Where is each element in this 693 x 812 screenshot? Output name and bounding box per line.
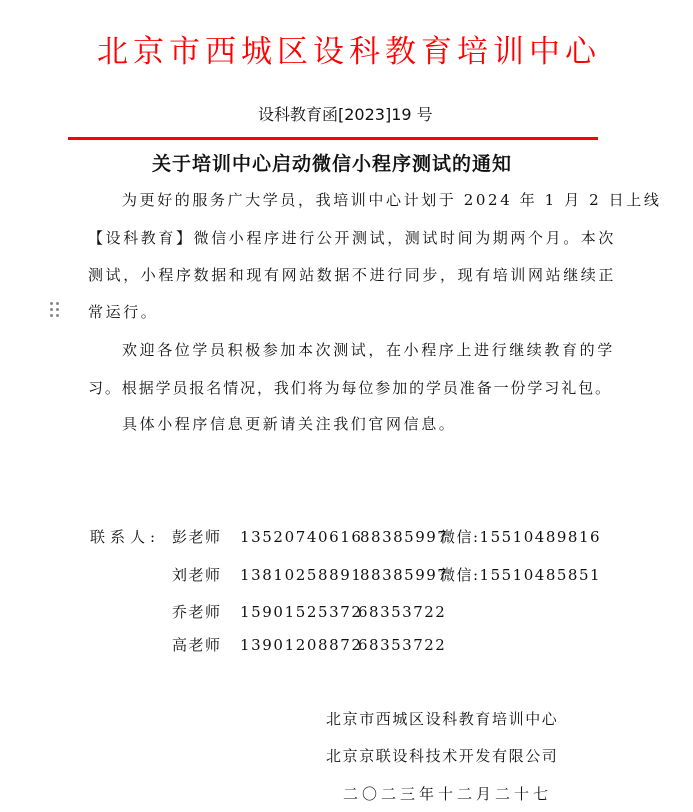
contact-name: 刘老师 (172, 564, 240, 585)
contact-phone: 88385997 (360, 528, 440, 546)
body-line: 常运行。 (88, 301, 158, 322)
body-line: 测试，小程序数据和现有网站数据不进行同步，现有培训网站继续正 (88, 264, 616, 285)
contact-name: 高老师 (172, 634, 240, 655)
contact-phone: 68353722 (358, 603, 446, 621)
contact-name: 彭老师 (172, 526, 240, 547)
body-line: 具体小程序信息更新请关注我们官网信息。 (122, 413, 456, 434)
contact-row: 乔老师1590152537268353722 (172, 601, 446, 622)
body-line: 习。根据学员报名情况，我们将为每位参加的学员准备一份学习礼包。 (88, 377, 612, 398)
contact-wechat: 微信:15510485851 (440, 566, 601, 584)
red-divider-rule (68, 137, 598, 140)
body-line: 欢迎各位学员积极参加本次测试，在小程序上进行继续教育的学 (122, 339, 615, 360)
contact-mobile: 13901208872 (240, 636, 358, 654)
contact-phone: 68353722 (358, 636, 446, 654)
contact-row: 刘老师1381025889188385997微信:15510485851 (172, 564, 601, 585)
contact-name: 乔老师 (172, 601, 240, 622)
signature-org-2: 北京京联设科技术开发有限公司 (326, 745, 558, 766)
contact-mobile: 13810258891 (240, 566, 360, 584)
contact-wechat: 微信:15510489816 (440, 528, 601, 546)
signature-date: 二〇二三年十二月二十七 (343, 783, 552, 804)
contact-row: 高老师1390120887268353722 (172, 634, 446, 655)
body-line: 【设科教育】微信小程序进行公开测试，测试时间为期两个月。本次 (88, 227, 616, 248)
contact-phone: 88385997 (360, 566, 440, 584)
contact-mobile: 15901525372 (240, 603, 358, 621)
contact-row: 联系人:彭老师1352074061688385997微信:15510489816 (90, 526, 601, 547)
notice-heading: 关于培训中心启动微信小程序测试的通知 (152, 149, 512, 176)
contact-label: 联系人: (90, 526, 172, 547)
org-title: 北京市西城区设科教育培训中心 (97, 26, 601, 71)
body-line: 为更好的服务广大学员，我培训中心计划于 2024 年 1 月 2 日上线 (122, 189, 661, 210)
signature-org-1: 北京市西城区设科教育培训中心 (326, 708, 558, 729)
document-number: 设科教育函[2023]19 号 (258, 102, 433, 125)
drag-handle-icon[interactable] (50, 302, 62, 318)
contact-mobile: 13520740616 (240, 528, 360, 546)
